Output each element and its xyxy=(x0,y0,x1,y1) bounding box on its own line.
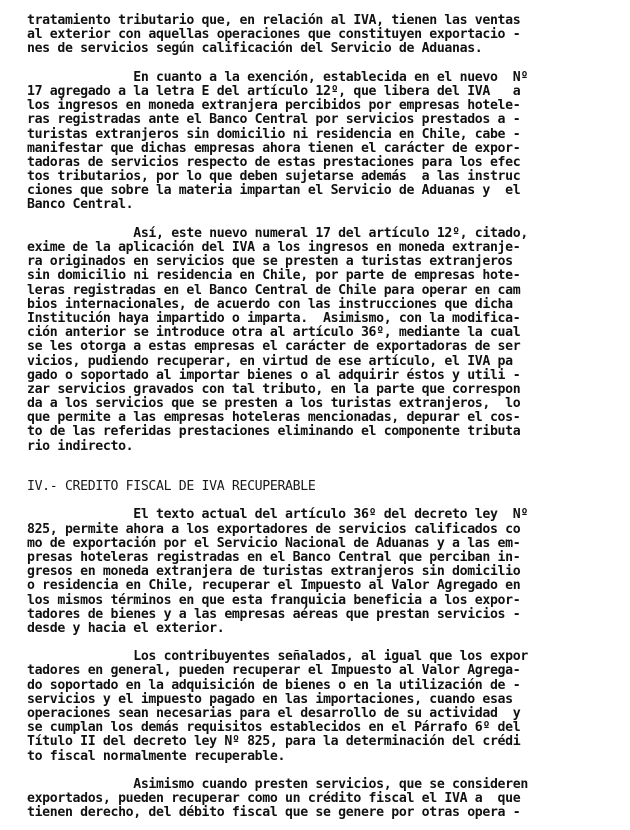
text-line: o residencia en Chile, recuperar el Impu… xyxy=(27,579,607,593)
text-line: desde y hacia el exterior. xyxy=(27,622,607,636)
text-line: bios internacionales, de acuerdo con las… xyxy=(27,298,607,312)
text-line: servicios y el impuesto pagado en las im… xyxy=(27,693,607,707)
section-heading: IV.- CREDITO FISCAL DE IVA RECUPERABLE xyxy=(27,480,607,494)
text-line: tienen derecho, del débito fiscal que se… xyxy=(27,806,607,820)
text-line: 825, permite ahora a los exportadores de… xyxy=(27,523,607,537)
paragraph: Así, este nuevo numeral 17 del artículo … xyxy=(27,227,607,454)
text-line: Los contribuyentes señalados, al igual q… xyxy=(27,650,607,664)
text-line: gado o soportado al importar bienes o al… xyxy=(27,369,607,383)
text-line: Asimismo cuando presten servicios, que s… xyxy=(27,778,607,792)
paragraph: En cuanto a la exención, establecida en … xyxy=(27,71,607,213)
text-line: Así, este nuevo numeral 17 del artículo … xyxy=(27,227,607,241)
text-line: Título II del decreto ley Nº 825, para l… xyxy=(27,735,607,749)
text-line: El texto actual del artículo 36º del dec… xyxy=(27,508,607,522)
paragraph: tratamiento tributario que, en relación … xyxy=(27,14,607,57)
text-line: mo de exportación por el Servicio Nacion… xyxy=(27,537,607,551)
text-line: rio indirecto. xyxy=(27,440,607,454)
text-line: to fiscal normalmente recuperable. xyxy=(27,750,607,764)
paragraph-spacer xyxy=(27,454,607,468)
document-page: tratamiento tributario que, en relación … xyxy=(27,14,607,821)
text-line: sin domicilio ni residencia en Chile, po… xyxy=(27,269,607,283)
text-line: En cuanto a la exención, establecida en … xyxy=(27,71,607,85)
text-line: zar servicios gravados con tal tributo, … xyxy=(27,383,607,397)
text-line: tadoras de servicios respecto de estas p… xyxy=(27,156,607,170)
text-line: turistas extranjeros sin domicilio ni re… xyxy=(27,128,607,142)
text-line: Institución haya impartido o imparta. As… xyxy=(27,312,607,326)
text-line: presas hoteleras registradas en el Banco… xyxy=(27,551,607,565)
text-line: manifestar que dichas empresas ahora tie… xyxy=(27,142,607,156)
paragraph-spacer xyxy=(27,213,607,227)
text-line: leras registradas en el Banco Central de… xyxy=(27,284,607,298)
text-line: se les otorga a estas empresas el caráct… xyxy=(27,340,607,354)
text-line: Banco Central. xyxy=(27,198,607,212)
paragraph: Asimismo cuando presten servicios, que s… xyxy=(27,778,607,821)
text-line: 17 agregado a la letra E del artículo 12… xyxy=(27,85,607,99)
text-line: ras registradas ante el Banco Central po… xyxy=(27,113,607,127)
text-line: tadores en general, pueden recuperar el … xyxy=(27,664,607,678)
text-line: to de las referidas prestaciones elimina… xyxy=(27,425,607,439)
paragraph: El texto actual del artículo 36º del dec… xyxy=(27,508,607,636)
paragraph: Los contribuyentes señalados, al igual q… xyxy=(27,650,607,764)
text-line: los mismos términos en que esta franquic… xyxy=(27,594,607,608)
text-line: tadores de bienes y a las empresas aérea… xyxy=(27,608,607,622)
paragraph-spacer xyxy=(27,57,607,71)
text-line: ciones que sobre la materia impartan el … xyxy=(27,184,607,198)
paragraph-spacer xyxy=(27,764,607,778)
text-line: nes de servicios según calificación del … xyxy=(27,42,607,56)
text-line: vicios, pudiendo recuperar, en virtud de… xyxy=(27,355,607,369)
text-line: do soportado en la adquisición de bienes… xyxy=(27,679,607,693)
